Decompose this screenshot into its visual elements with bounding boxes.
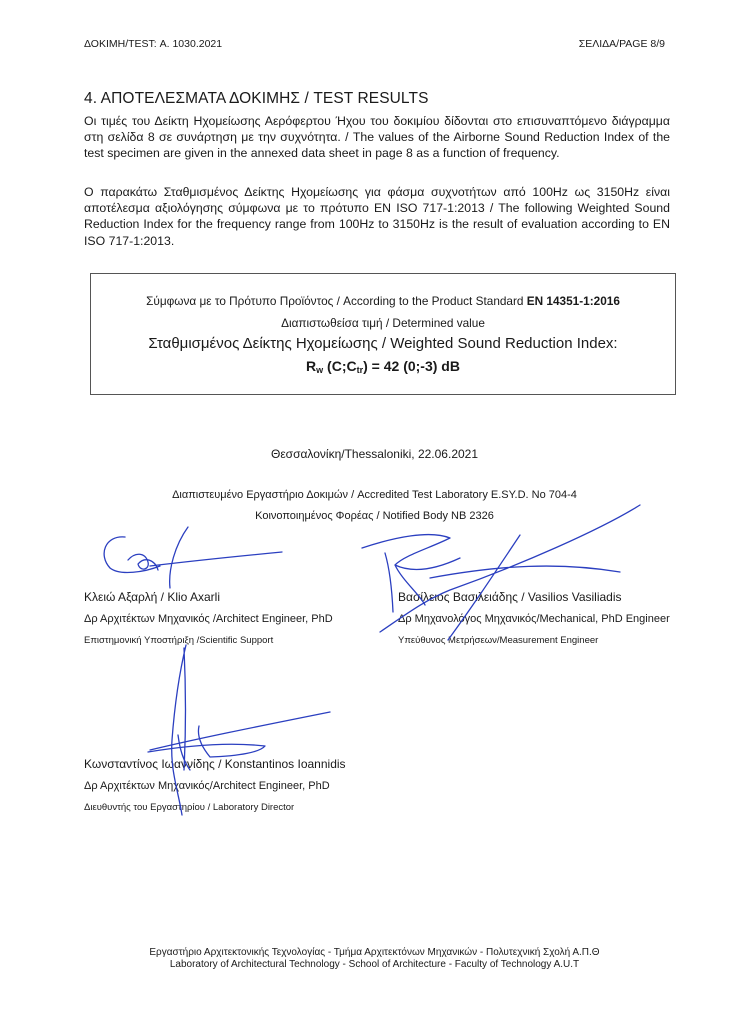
product-standard-code: EN 14351-1:2016 — [527, 294, 620, 308]
signatory-3-title: Δρ Αρχιτέκτων Μηχανικός/Architect Engine… — [84, 780, 330, 792]
weighted-index-label: Σταθμισμένος Δείκτης Ηχομείωσης / Weight… — [91, 335, 675, 352]
results-paragraph-2: Ο παρακάτω Σταθμισμένος Δείκτης Ηχομείωσ… — [84, 184, 670, 249]
rw-value: Rw (C;Ctr) = 42 (0;-3) dB — [91, 358, 675, 375]
signatory-1-name: Κλειώ Αξαρλή / Klio Axarli — [84, 590, 220, 604]
determined-value-label: Διαπιστωθείσα τιμή / Determined value — [91, 316, 675, 330]
accredited-lab: Διαπιστευμένο Εργαστήριο Δοκιμών / Accre… — [0, 489, 749, 501]
signatory-3-name: Κωνσταντίνος Ιωαννίδης / Konstantinos Io… — [84, 757, 346, 771]
footer-line-greek: Εργαστήριο Αρχιτεκτονικής Τεχνολογίας - … — [0, 947, 749, 959]
notified-body: Κοινοποιημένος Φορέας / Notified Body NB… — [0, 510, 749, 522]
section-title: 4. ΑΠΟΤΕΛΕΣΜΑΤΑ ΔΟΚΙΜΗΣ / TEST RESULTS — [84, 90, 429, 108]
signatory-2-title: Δρ Μηχανολόγος Μηχανικός/Mechanical, PhD… — [398, 613, 670, 625]
signatory-2-role: Υπεύθυνος Μετρήσεων/Measurement Engineer — [398, 635, 598, 646]
signatory-3-role: Διευθυντής του Εργαστηρίου / Laboratory … — [84, 802, 294, 813]
product-standard-line: Σύμφωνα με το Πρότυπο Προϊόντος / Accord… — [91, 294, 675, 308]
page-number: ΣΕΛΙΔΑ/PAGE 8/9 — [579, 38, 665, 50]
product-standard-text: Σύμφωνα με το Πρότυπο Προϊόντος / Accord… — [146, 294, 527, 308]
results-paragraph-1: Οι τιμές του Δείκτη Ηχομείωσης Αερόφερτο… — [84, 113, 670, 162]
signatory-1-role: Επιστημονική Υποστήριξη /Scientific Supp… — [84, 635, 273, 646]
signatory-1-title: Δρ Αρχιτέκτων Μηχανικός /Architect Engin… — [84, 613, 333, 625]
test-id: ΔΟΚΙΜΗ/TEST: Α. 1030.2021 — [84, 38, 222, 50]
signature-1-icon — [104, 527, 282, 588]
footer-line-english: Laboratory of Architectural Technology -… — [0, 959, 749, 971]
signatory-2-name: Βασίλειος Βασιλειάδης / Vasilios Vasilia… — [398, 590, 622, 604]
place-date: Θεσσαλονίκη/Thessaloniki, 22.06.2021 — [0, 447, 749, 461]
result-box: Σύμφωνα με το Πρότυπο Προϊόντος / Accord… — [90, 273, 676, 395]
